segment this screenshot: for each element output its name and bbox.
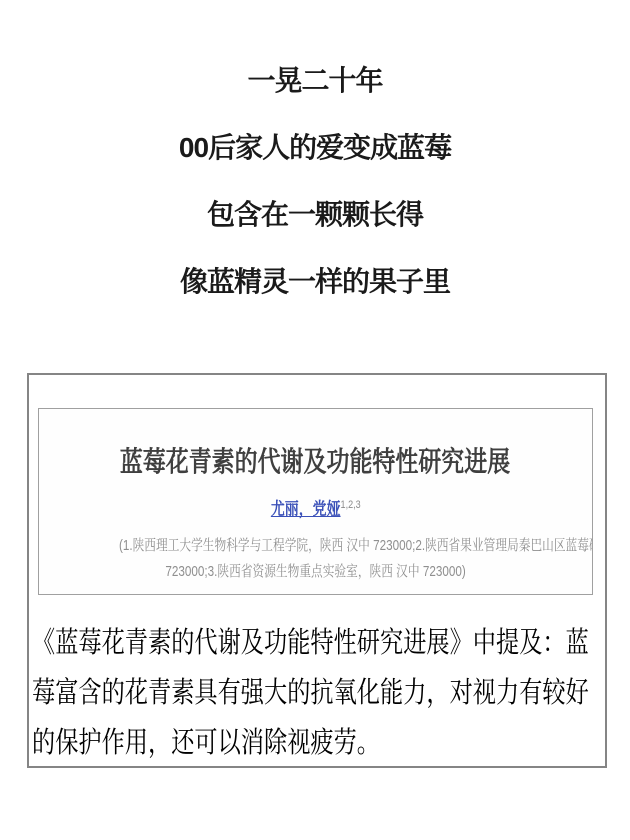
quote-paragraph: 《蓝莓花青素的代谢及功能特性研究进展》中提及：蓝 莓富含的花青素具有强大的抗氧化…	[32, 618, 604, 768]
headline-line-3: 包含在一颗颗长得	[0, 200, 630, 230]
paper-authors-line: 尤丽，党娅1,2,3	[39, 496, 592, 519]
quote-line-3: 的保护作用，还可以消除视疲劳。	[32, 718, 604, 768]
headline-line-2: 00后家人的爱变成蓝莓	[0, 133, 630, 163]
headline-block: 一晃二十年 00后家人的爱变成蓝莓 包含在一颗颗长得 像蓝精灵一样的果子里	[0, 66, 630, 334]
affiliation-line-1: (1.陕西理工大学生物科学与工程学院，陕西 汉中 723000;2.陕西省果业管…	[39, 533, 592, 559]
quote-line-2: 莓富含的花青素具有强大的抗氧化能力，对视力有较好	[32, 668, 604, 718]
author-affiliation-superscript: 1,2,3	[340, 499, 360, 511]
evidence-card: 蓝莓花青素的代谢及功能特性研究进展 尤丽，党娅1,2,3 (1.陕西理工大学生物…	[27, 373, 607, 768]
post-image: 一晃二十年 00后家人的爱变成蓝莓 包含在一颗颗长得 像蓝精灵一样的果子里 蓝莓…	[0, 0, 630, 840]
headline-line-1: 一晃二十年	[0, 66, 630, 96]
paper-screenshot: 蓝莓花青素的代谢及功能特性研究进展 尤丽，党娅1,2,3 (1.陕西理工大学生物…	[38, 408, 593, 595]
paper-title-text: 蓝莓花青素的代谢及功能特性研究进展	[120, 446, 510, 478]
affiliation-line-2: 723000;3.陕西省资源生物重点实验室，陕西 汉中 723000)	[39, 559, 592, 585]
author-link[interactable]: 尤丽，党娅	[271, 500, 341, 519]
headline-line-4: 像蓝精灵一样的果子里	[0, 267, 630, 297]
quote-line-1: 《蓝莓花青素的代谢及功能特性研究进展》中提及：蓝	[32, 618, 604, 668]
paper-title: 蓝莓花青素的代谢及功能特性研究进展	[39, 446, 592, 478]
paper-affiliations: (1.陕西理工大学生物科学与工程学院，陕西 汉中 723000;2.陕西省果业管…	[39, 533, 592, 585]
